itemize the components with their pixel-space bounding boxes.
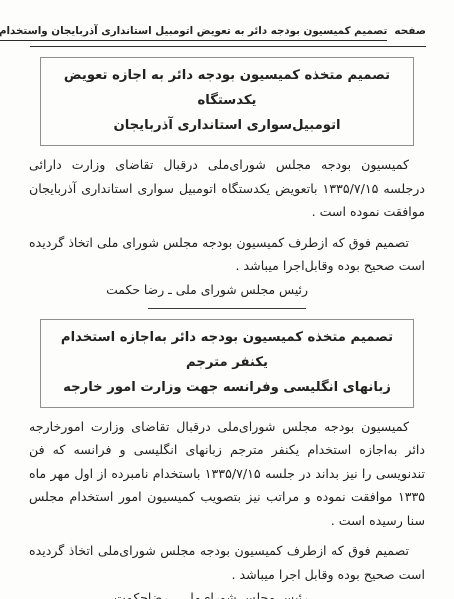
running-title: تصمیم کمیسیون بودجه دائر به تعویض اتومبی… xyxy=(0,25,387,37)
decision-2-ratification-paragraph: تصمیم فوق که ازطرف کمیسیون بودجه مجلس شو… xyxy=(29,539,425,586)
decision-1-ratification-paragraph: تصمیم فوق که ازطرف کمیسیون بودجه مجلس شو… xyxy=(29,231,425,278)
decision-1-signature-line: رئیس مجلس شورای ملی ـ رضا حکمت xyxy=(106,282,308,297)
header-rule xyxy=(30,46,426,47)
page-label: صفحه xyxy=(394,25,426,41)
decision-2-title-box: تصمیم متخذه کمیسیون بودجه دائر به‌اجازه … xyxy=(40,319,414,408)
decision-2-body-paragraph: کمیسیون بودجه مجلس شورای‌ملی درقبال تقاض… xyxy=(29,415,425,533)
gazette-page: صفحه تصمیم کمیسیون بودجه دائر به تعویض ا… xyxy=(0,0,454,599)
decision-2-title-line1: تصمیم متخذه کمیسیون بودجه دائر به‌اجازه … xyxy=(49,325,405,375)
decision-section-1: تصمیم متخذه کمیسیون بودجه دائر به اجازه … xyxy=(28,57,426,297)
header-underline-group: تصمیم کمیسیون بودجه دائر به تعویض اتومبی… xyxy=(0,25,387,41)
decision-1-body-paragraph: کمیسیون بودجه مجلس شورای‌ملی درقبال تقاض… xyxy=(29,153,425,224)
decision-2-signature-line: رئیس مجلس شورای‌ملی ـ رضاحکمت xyxy=(114,590,308,599)
decision-2-title-line2: زبانهای انگلیسی وفرانسه جهت وزارت امور خ… xyxy=(49,375,405,400)
running-header: صفحه تصمیم کمیسیون بودجه دائر به تعویض ا… xyxy=(28,25,426,41)
decision-1-title-box: تصمیم متخذه کمیسیون بودجه دائر به اجازه … xyxy=(40,57,414,146)
decision-1-title-line1: تصمیم متخذه کمیسیون بودجه دائر به اجازه … xyxy=(49,63,405,113)
decision-1-title-line2: اتومبیل‌سواری استانداری آذربایجان xyxy=(49,113,405,138)
decision-section-2: تصمیم متخذه کمیسیون بودجه دائر به‌اجازه … xyxy=(28,319,426,599)
section-divider xyxy=(148,308,306,309)
